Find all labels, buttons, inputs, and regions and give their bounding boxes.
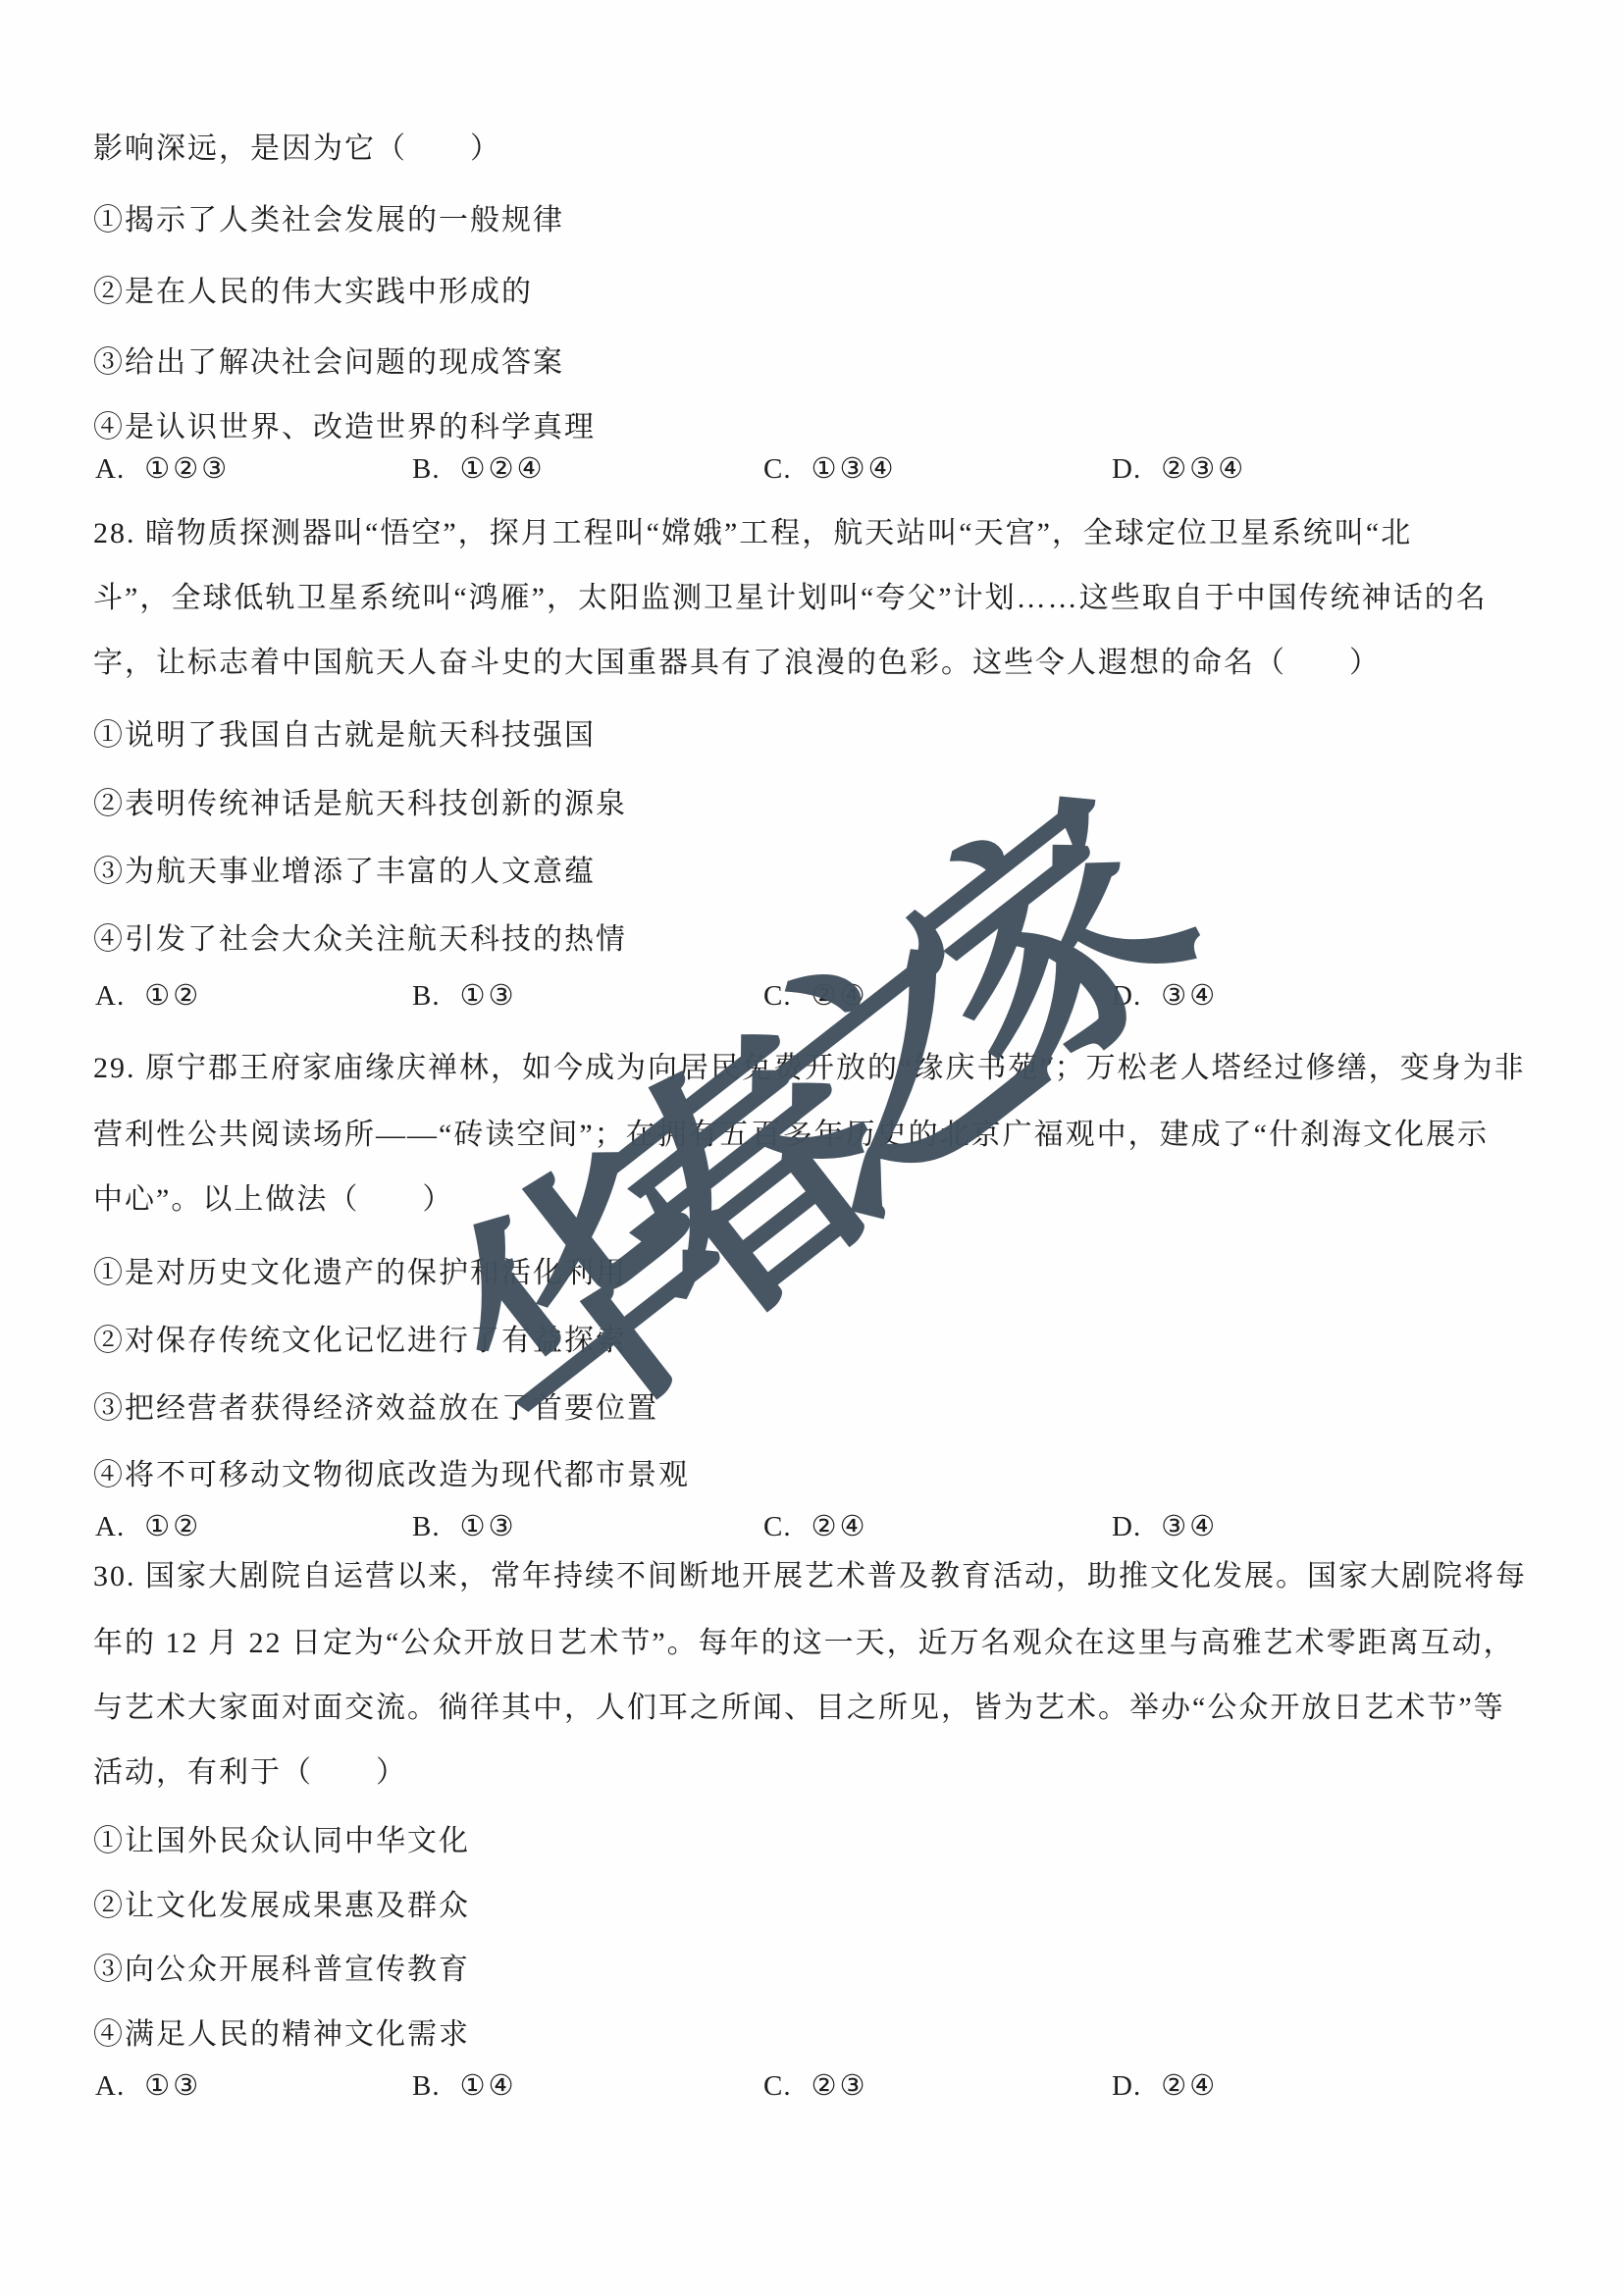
option-c: C.②④: [763, 1509, 868, 1543]
question-stem-line: 影响深远，是因为它（ ）: [93, 132, 501, 166]
option-a: A.①③: [95, 2068, 201, 2103]
question-stem-line: 30. 国家大剧院自运营以来，常年持续不间断地开展艺术普及教育活动，助推文化发展…: [93, 1560, 1527, 1593]
option-value: ①②③: [144, 451, 230, 485]
question-stem-line: 活动，有利于（ ）: [93, 1756, 407, 1790]
option-value: ②③: [811, 2068, 868, 2102]
choice-line: ①让国外民众认同中华文化: [93, 1825, 470, 1858]
question-stem-line: 29. 原宁郡王府家庙缘庆禅林，如今成为向居民免费开放的“缘庆书苑”；万松老人塔…: [93, 1052, 1526, 1085]
choice-line: ②表明传统神话是航天科技创新的源泉: [93, 788, 627, 821]
question-stem-line: 年的 12 月 22 日定为“公众开放日艺术节”。每年的这一天，近万名观众在这里…: [93, 1627, 1515, 1660]
option-a: A.①②: [95, 1509, 201, 1543]
choice-line: ③给出了解决社会问题的现成答案: [93, 346, 564, 380]
question-stem-line: 28. 暗物质探测器叫“悟空”，探月工程叫“嫦娥”工程，航天站叫“天宫”，全球定…: [93, 517, 1412, 550]
choice-line: ②让文化发展成果惠及群众: [93, 1890, 470, 1923]
option-label: C.: [763, 2070, 792, 2102]
option-value: ②④: [1161, 2068, 1218, 2102]
option-label: C.: [763, 1511, 792, 1542]
option-d: D.③④: [1112, 1509, 1218, 1543]
option-label: B.: [412, 1511, 441, 1542]
option-label: A.: [95, 2070, 125, 2102]
options-row: A.①③ B.①④ C.②③ D.②④: [0, 2068, 1623, 2108]
option-value: ③④: [1161, 978, 1218, 1012]
option-label: B.: [412, 980, 441, 1012]
choice-line: ①是对历史文化遗产的保护和活化利用: [93, 1257, 627, 1290]
choice-line: ①揭示了人类社会发展的一般规律: [93, 204, 564, 237]
choice-line: ①说明了我国自古就是航天科技强国: [93, 719, 596, 753]
option-c: C.①③④: [763, 451, 897, 486]
choice-line: ③向公众开展科普宣传教育: [93, 1954, 470, 1987]
option-value: ①②: [144, 1509, 201, 1542]
choice-line: ③把经营者获得经济效益放在了首要位置: [93, 1392, 658, 1426]
option-value: ②③④: [1161, 451, 1246, 485]
question-stem-line: 中心”。以上做法（ ）: [93, 1183, 453, 1217]
question-stem-line: 与艺术大家面对面交流。徜徉其中，人们耳之所闻、目之所见，皆为艺术。举办“公众开放…: [93, 1692, 1505, 1725]
option-a: A.①②: [95, 978, 201, 1013]
option-label: D.: [1112, 980, 1141, 1012]
option-b: B.①③: [412, 1509, 517, 1543]
question-stem-line: 斗”，全球低轨卫星系统叫“鸿雁”，太阳监测卫星计划叫“夸父”计划……这些取自于中…: [93, 582, 1488, 615]
option-label: A.: [95, 1511, 125, 1542]
option-value: ②④: [811, 1509, 868, 1542]
option-value: ①②④: [460, 451, 546, 485]
option-value: ①③④: [811, 451, 897, 485]
choice-line: ④满足人民的精神文化需求: [93, 2018, 470, 2052]
option-label: B.: [412, 453, 441, 485]
option-d: D.③④: [1112, 978, 1218, 1013]
choice-line: ②对保存传统文化记忆进行了有益探索: [93, 1325, 627, 1358]
option-label: C.: [763, 980, 792, 1012]
options-row: A.①② B.①③ C.②④ D.③④: [0, 978, 1623, 1018]
option-label: D.: [1112, 453, 1141, 485]
option-label: D.: [1112, 1511, 1141, 1542]
question-stem-line: 字，让标志着中国航天人奋斗史的大国重器具有了浪漫的色彩。这些令人遐想的命名（ ）: [93, 647, 1381, 680]
question-stem-line: 营利性公共阅读场所——“砖读空间”；在拥有五百多年历史的北京广福观中，建成了“什…: [93, 1119, 1489, 1152]
option-b: B.①④: [412, 2068, 517, 2103]
options-row: A.①②③ B.①②④ C.①③④ D.②③④: [0, 451, 1623, 491]
option-value: ①②: [144, 978, 201, 1012]
choice-line: ④引发了社会大众关注航天科技的热情: [93, 923, 627, 957]
option-a: A.①②③: [95, 451, 230, 486]
option-d: D.②④: [1112, 2068, 1218, 2103]
choice-line: ②是在人民的伟大实践中形成的: [93, 276, 533, 309]
option-value: ①③: [144, 2068, 201, 2102]
choice-line: ④将不可移动文物彻底改造为现代都市景观: [93, 1459, 690, 1492]
option-label: D.: [1112, 2070, 1141, 2102]
option-value: ①④: [460, 2068, 517, 2102]
option-label: A.: [95, 980, 125, 1012]
option-value: ①③: [460, 978, 517, 1012]
option-b: B.①③: [412, 978, 517, 1013]
options-row: A.①② B.①③ C.②④ D.③④: [0, 1509, 1623, 1548]
option-label: C.: [763, 453, 792, 485]
option-b: B.①②④: [412, 451, 546, 486]
option-c: C.②④: [763, 978, 868, 1013]
option-c: C.②③: [763, 2068, 868, 2103]
option-value: ②④: [811, 978, 868, 1012]
exam-page: 华春之家 影响深远，是因为它（ ） ①揭示了人类社会发展的一般规律 ②是在人民的…: [0, 0, 1623, 2296]
option-label: A.: [95, 453, 125, 485]
option-label: B.: [412, 2070, 441, 2102]
choice-line: ④是认识世界、改造世界的科学真理: [93, 411, 596, 444]
option-d: D.②③④: [1112, 451, 1246, 486]
option-value: ①③: [460, 1509, 517, 1542]
option-value: ③④: [1161, 1509, 1218, 1542]
choice-line: ③为航天事业增添了丰富的人文意蕴: [93, 856, 596, 889]
